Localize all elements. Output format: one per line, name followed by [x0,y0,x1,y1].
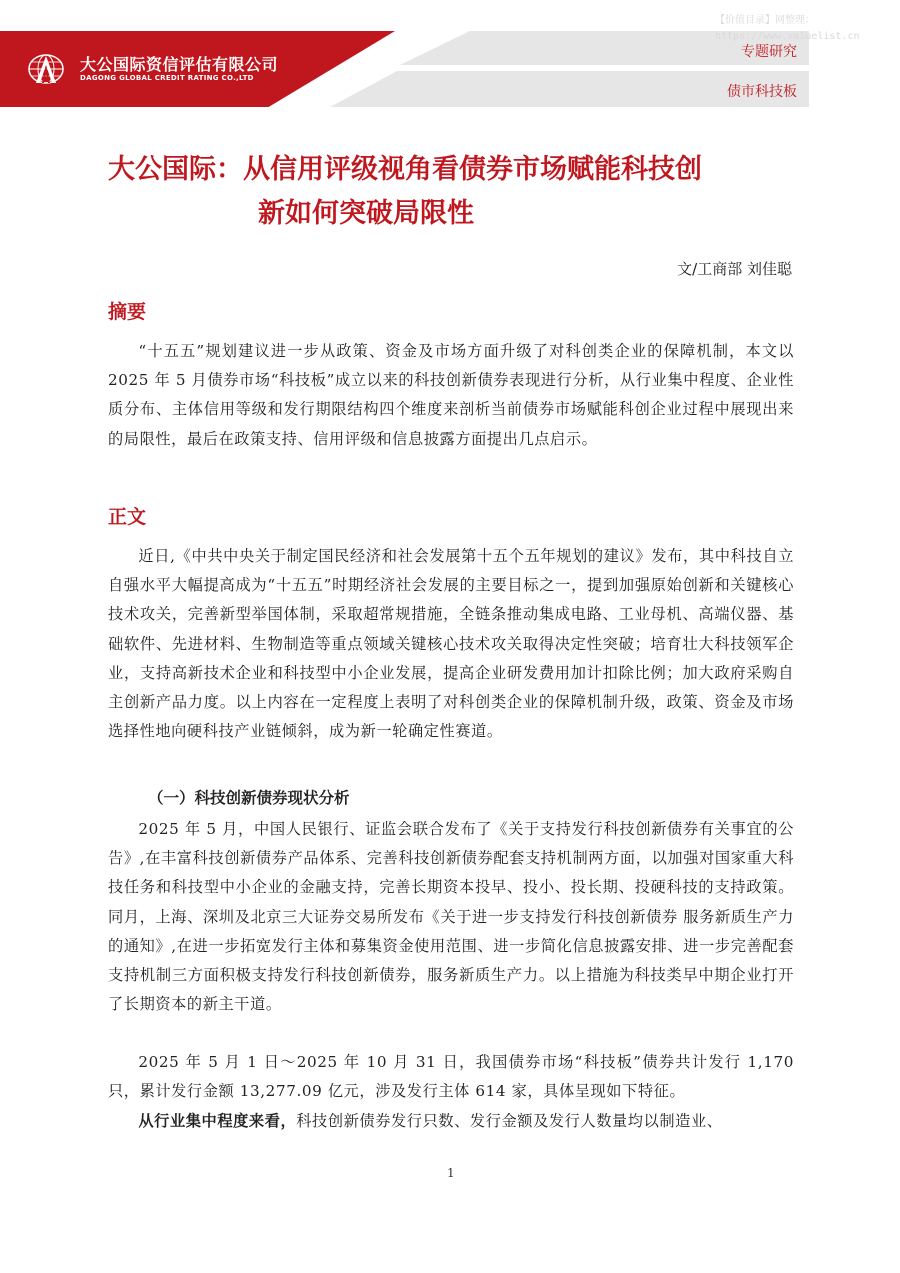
body-paragraph-4: 从行业集中程度来看，科技创新债券发行只数、发行金额及发行人数量均以制造业、 [108,1107,794,1136]
watermark-line2: https://www.valuelist.cn [715,29,860,45]
title-line1: 大公国际：从信用评级视角看债券市场赋能科技创 [108,154,702,185]
body-heading: 正文 [108,502,146,529]
company-name-cn: 大公国际资信评估有限公司 [80,52,278,75]
body-paragraph-1: 近日,《中共中央关于制定国民经济和社会发展第十五个五年规划的建议》发布，其中科技… [108,542,794,746]
body-paragraph-3: 2025 年 5 月 1 日～2025 年 10 月 31 日，我国债券市场“科… [108,1048,794,1106]
abstract-text: “十五五”规划建议进一步从政策、资金及市场方面升级了对科创类企业的保障机制，本文… [108,337,794,454]
body-paragraph-2: 2025 年 5 月，中国人民银行、证监会联合发布了《关于支持发行科技创新债券有… [108,815,794,1019]
watermark: 【价值目录】网整理： https://www.valuelist.cn [715,13,860,45]
paragraph-lead-bold: 从行业集中程度来看， [138,1112,296,1130]
watermark-line1: 【价值目录】网整理： [715,13,860,29]
author-byline: 文/工商部 刘佳聪 [677,258,792,279]
page-number: 1 [447,1166,455,1180]
paragraph-4-text: 科技创新债券发行只数、发行金额及发行人数量均以制造业、 [296,1112,722,1130]
dagong-globe-logo-icon [27,53,65,85]
subsection-heading: （一）科技创新债券现状分析 [148,786,350,808]
title-line2: 新如何突破局限性 [108,192,798,236]
tag-bond-tech-board: 债市科技板 [727,81,797,101]
company-name-en: DAGONG GLOBAL CREDIT RATING CO.,LTD [80,74,254,82]
document-title: 大公国际：从信用评级视角看债券市场赋能科技创 新如何突破局限性 [108,148,798,236]
abstract-heading: 摘要 [108,297,146,324]
page-header: 大公国际资信评估有限公司 DAGONG GLOBAL CREDIT RATING… [0,0,900,110]
